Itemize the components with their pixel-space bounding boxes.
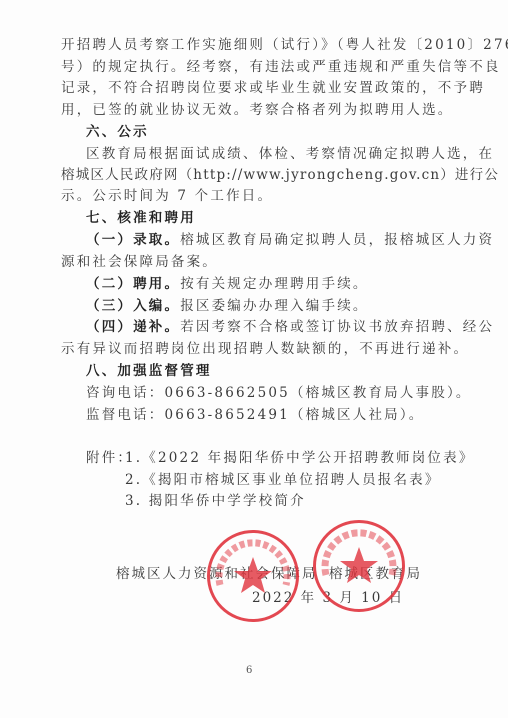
paragraph-line: 区教育局根据面试成绩、体检、考察情况确定拟聘人选，在 <box>86 144 476 164</box>
section-heading-supervision: 八、加强监督管理 <box>86 361 476 381</box>
paragraph-line: 榕城区人民政府网（http://www.jyrongcheng.gov.cn）进… <box>61 165 451 185</box>
attachment-item: 1.《2022 年揭阳华侨中学公开招聘教师岗位表》 <box>125 448 508 468</box>
paragraph-line: 示有异议而招聘岗位出现招聘人数缺额的，不再进行递补。 <box>61 339 451 359</box>
subsection-label: （四）递补。 <box>86 319 180 335</box>
attachment-item: 2.《揭阳市榕城区事业单位招聘人员报名表》 <box>125 470 508 490</box>
paragraph-line: 开招聘人员考察工作实施细则（试行）》（粤人社发〔2010〕276 <box>61 35 451 55</box>
paragraph-line: （四）递补。若因考察不合格或签订协议书放弃招聘、经公 <box>86 317 476 337</box>
section-heading-publicity: 六、公示 <box>86 122 476 142</box>
subsection-label: （三）入编。 <box>86 298 180 314</box>
subsection-text: 按有关规定办理聘用手续。 <box>180 276 368 292</box>
official-seal-hr-bureau <box>207 530 299 622</box>
subsection-label: （二）聘用。 <box>86 276 180 292</box>
attachment-item: 3. 揭阳华侨中学学校简介 <box>125 491 508 511</box>
subsection-label: （一）录取。 <box>86 232 180 248</box>
paragraph-line: （三）入编。报区委编办办理入编手续。 <box>86 296 476 316</box>
paragraph-line: 示。公示时间为 7 个工作日。 <box>61 186 451 206</box>
subsection-text: 若因考察不合格或签订协议书放弃招聘、经公 <box>180 319 494 335</box>
star-icon <box>316 523 402 609</box>
paragraph-line: 号）的规定执行。经考察，有违法或严重违规和严重失信等不良 <box>61 57 451 77</box>
consult-phone: 咨询电话：0663-8662505（榕城区教育局人事股）。 <box>86 383 476 403</box>
document-page: 开招聘人员考察工作实施细则（试行）》（粤人社发〔2010〕276 号）的规定执行… <box>0 0 508 718</box>
official-seal-education-bureau <box>313 520 405 612</box>
paragraph-line: （二）聘用。按有关规定办理聘用手续。 <box>86 274 476 294</box>
paragraph-line: 记录，不符合招聘岗位要求或毕业生就业安置政策的，不予聘 <box>61 78 451 98</box>
paragraph-line: 源和社会保障局备案。 <box>61 252 451 272</box>
paragraph-line: （一）录取。榕城区教育局确定拟聘人员，报榕城区人力资 <box>86 230 476 250</box>
subsection-text: 榕城区教育局确定拟聘人员，报榕城区人力资 <box>180 232 494 248</box>
subsection-text: 报区委编办办理入编手续。 <box>180 298 368 314</box>
supervise-phone: 监督电话：0663-8652491（榕城区人社局）。 <box>86 405 476 425</box>
section-heading-approval: 七、核准和聘用 <box>86 208 476 228</box>
star-icon <box>210 533 296 619</box>
page-number: 6 <box>246 665 252 676</box>
paragraph-line: 用，已签的就业协议无效。考察合格者列为拟聘用人选。 <box>61 100 451 120</box>
